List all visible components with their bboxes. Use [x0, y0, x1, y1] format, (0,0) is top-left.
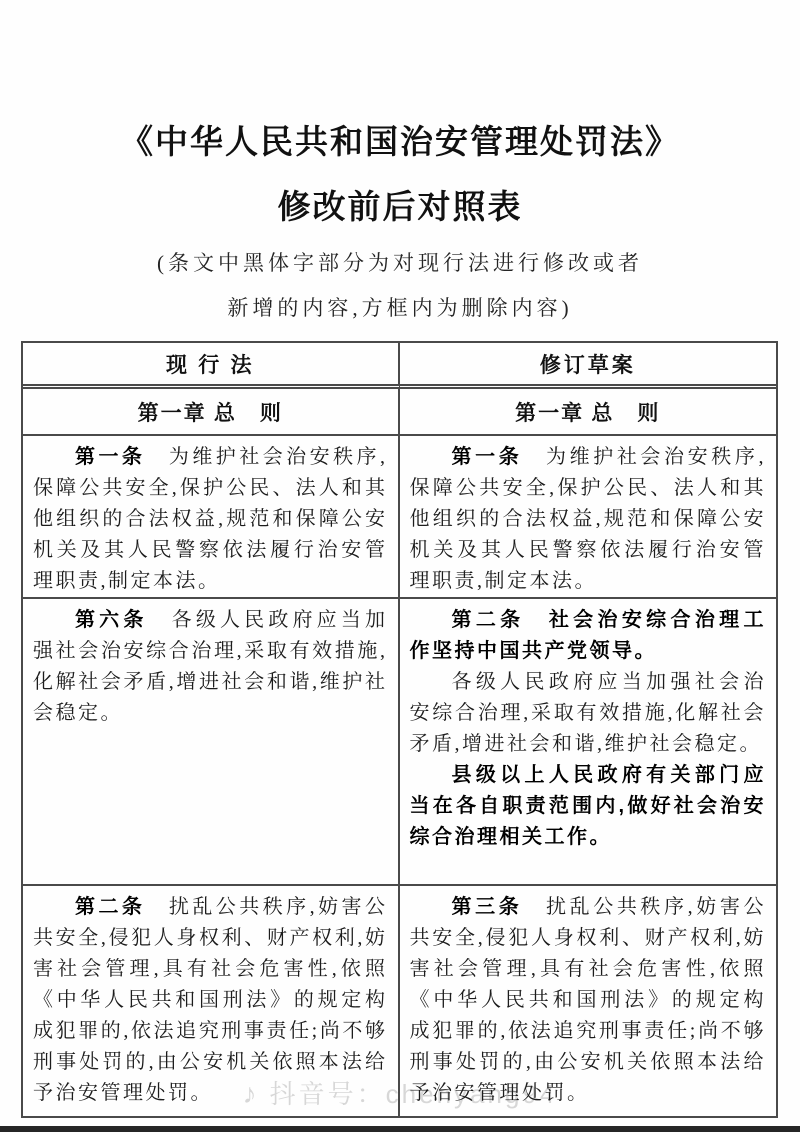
paragraph: 第一条 为维护社会治安秩序,保障公共安全,保护公民、法人和其他组织的合法权益,规… — [410, 442, 767, 597]
chapter-heading-right: 第一章 总 则 — [400, 389, 777, 436]
body-text: 各级人民政府应当加强社会治安综合治理,采取有效措施,化解社会矛盾,增进社会和谐,… — [410, 671, 767, 755]
paragraph: 第一条 为维护社会治安秩序,保障公共安全,保护公民、法人和其他组织的合法权益,规… — [33, 442, 388, 597]
article-cell-left-row3: 第二条 扰乱公共秩序,妨害公共安全,侵犯人身权利、财产权利,妨害社会管理,具有社… — [23, 886, 400, 1116]
scanned-document-page: 《中华人民共和国治安管理处罚法》 修改前后对照表 (条文中黑体字部分为对现行法进… — [0, 0, 800, 1135]
bold-amendment-text: 第一条 — [75, 446, 145, 468]
bold-amendment-text: 第二条 — [75, 896, 145, 918]
table-header-current-law: 现 行 法 — [23, 343, 400, 389]
body-text: 扰乱公共秩序,妨害公共安全,侵犯人身权利、财产权利,妨害社会管理,具有社会危害性… — [33, 896, 388, 1104]
bold-amendment-text: 第二条 社会治安综合治理工作坚持中国共产党领导。 — [410, 609, 767, 662]
bold-amendment-text: 第一条 — [452, 446, 523, 468]
comparison-table: 现 行 法 修订草案 第一章 总 则 第一章 总 则 第一条 为维护社会治安秩序… — [21, 341, 778, 1118]
bold-amendment-text: 第六条 — [75, 609, 148, 631]
article-cell-right-row3: 第三条 扰乱公共秩序,妨害公共安全,侵犯人身权利、财产权利,妨害社会管理,具有社… — [400, 886, 777, 1116]
document-title-line1: 《中华人民共和国治安管理处罚法》 — [0, 116, 800, 163]
paragraph: 第六条 各级人民政府应当加强社会治安综合治理,采取有效措施,化解社会矛盾,增进社… — [33, 605, 388, 729]
paragraph: 第二条 社会治安综合治理工作坚持中国共产党领导。 — [410, 605, 767, 667]
article-cell-left-row2: 第六条 各级人民政府应当加强社会治安综合治理,采取有效措施,化解社会矛盾,增进社… — [23, 599, 400, 886]
bold-amendment-text: 第三条 — [452, 896, 523, 918]
document-title-line2: 修改前后对照表 — [0, 181, 800, 228]
table-header-revised-draft: 修订草案 — [400, 343, 777, 389]
article-cell-right-row2: 第二条 社会治安综合治理工作坚持中国共产党领导。各级人民政府应当加强社会治安综合… — [400, 599, 777, 886]
chapter-heading-left: 第一章 总 则 — [23, 389, 400, 436]
article-cell-right-row1: 第一条 为维护社会治安秩序,保障公共安全,保护公民、法人和其他组织的合法权益,规… — [400, 436, 777, 599]
paragraph: 县级以上人民政府有关部门应当在各自职责范围内,做好社会治安综合治理相关工作。 — [410, 760, 767, 853]
legend-note-line1: (条文中黑体字部分为对现行法进行修改或者 — [0, 247, 800, 277]
paragraph: 第三条 扰乱公共秩序,妨害公共安全,侵犯人身权利、财产权利,妨害社会管理,具有社… — [410, 892, 767, 1109]
paragraph: 各级人民政府应当加强社会治安综合治理,采取有效措施,化解社会矛盾,增进社会和谐,… — [410, 667, 767, 760]
bold-amendment-text: 县级以上人民政府有关部门应当在各自职责范围内,做好社会治安综合治理相关工作。 — [410, 764, 767, 848]
body-text: 扰乱公共秩序,妨害公共安全,侵犯人身权利、财产权利,妨害社会管理,具有社会危害性… — [410, 896, 767, 1104]
article-cell-left-row1: 第一条 为维护社会治安秩序,保障公共安全,保护公民、法人和其他组织的合法权益,规… — [23, 436, 400, 599]
paragraph: 第二条 扰乱公共秩序,妨害公共安全,侵犯人身权利、财产权利,妨害社会管理,具有社… — [33, 892, 388, 1109]
legend-note-line2: 新增的内容,方框内为删除内容) — [0, 292, 800, 322]
page-bottom-strip — [0, 1126, 800, 1132]
